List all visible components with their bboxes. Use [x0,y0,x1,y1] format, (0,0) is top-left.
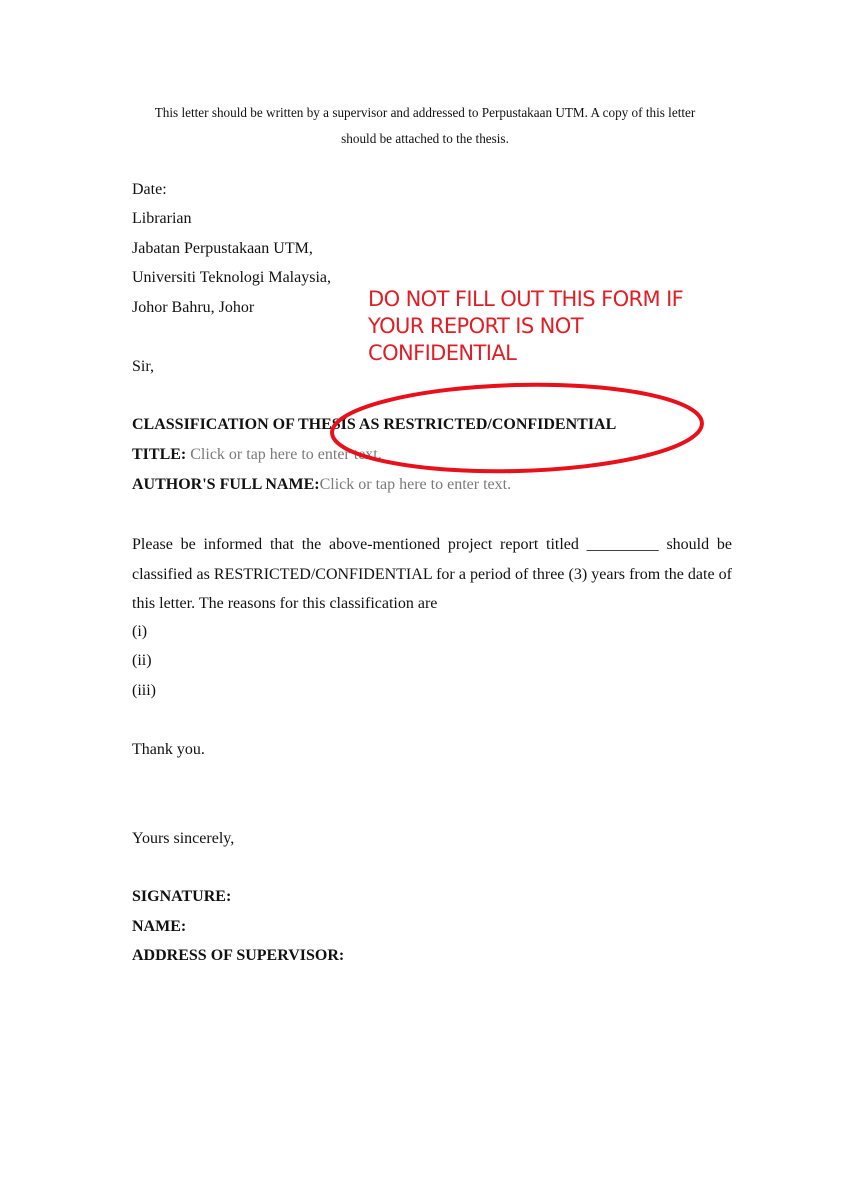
date-label: Date: [132,181,167,199]
title-field[interactable]: Click or tap here to enter text. [190,446,381,463]
name-label: NAME: [132,918,186,936]
reason-item: (ii) [132,652,152,670]
header-note: This letter should be written by a super… [110,100,740,152]
header-note-line-1: This letter should be written by a super… [110,100,740,126]
reason-item: (i) [132,623,147,641]
thanks-text: Thank you. [132,741,205,759]
warning-line-1: DO NOT FILL OUT THIS FORM IF [368,286,683,313]
warning-annotation: DO NOT FILL OUT THIS FORM IF YOUR REPORT… [368,286,683,367]
warning-line-3: CONFIDENTIAL [368,340,683,367]
supervisor-address-label: ADDRESS OF SUPERVISOR: [132,947,344,965]
recipient: Librarian [132,210,192,228]
letter-page: This letter should be written by a super… [0,0,848,1200]
author-row: AUTHOR'S FULL NAME:Click or tap here to … [132,476,511,494]
sign-off: Yours sincerely, [132,830,234,848]
recipient-city: Johor Bahru, Johor [132,299,254,317]
body-paragraph: Please be informed that the above-mentio… [132,530,732,619]
title-row: TITLE: Click or tap here to enter text. [132,446,382,464]
author-field[interactable]: Click or tap here to enter text. [320,476,511,493]
author-label: AUTHOR'S FULL NAME: [132,476,320,493]
recipient-department: Jabatan Perpustakaan UTM, [132,240,313,258]
reason-item: (iii) [132,682,156,700]
header-note-line-2: should be attached to the thesis. [110,126,740,152]
recipient-university: Universiti Teknologi Malaysia, [132,269,331,287]
warning-line-2: YOUR REPORT IS NOT [368,313,683,340]
subject-heading: CLASSIFICATION OF THESIS AS RESTRICTED/C… [132,416,616,434]
salutation: Sir, [132,358,154,376]
signature-label: SIGNATURE: [132,888,231,906]
title-label: TITLE: [132,446,186,463]
